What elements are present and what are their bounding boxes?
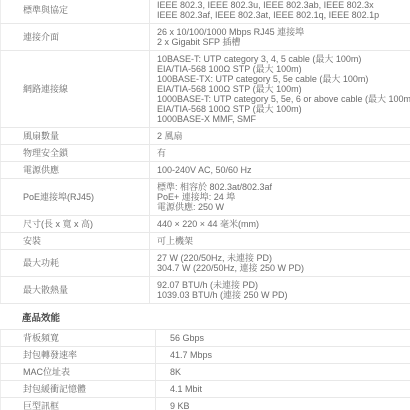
spec-row-value: 92.07 BTU/h (未連接 PD)1039.03 BTU/h (連接 25… xyxy=(150,277,410,304)
spec-row: PoE連接埠(RJ45)標準: 相容於 802.3at/802.3afPoE+ … xyxy=(1,179,410,216)
performance-section-title: 產品效能 xyxy=(22,313,410,324)
spec-row: 標準與協定IEEE 802.3, IEEE 802.3u, IEEE 802.3… xyxy=(1,0,410,24)
spec-value-line: 9 KB xyxy=(170,401,410,410)
performance-spec-table: 背板頻寬56 Gbps封包轉發速率41.7 MbpsMAC位址表8K封包緩衝記憶… xyxy=(0,329,410,410)
spec-value-line: 27 W (220/50Hz, 未連接 PD) xyxy=(157,253,410,263)
spec-row-label: 風扇數量 xyxy=(1,128,150,145)
spec-value-line: EIA/TIA-568 100Ω STP (最大 100m) xyxy=(157,104,410,114)
spec-value-line: 100-240V AC, 50/60 Hz xyxy=(157,165,410,175)
spec-value-line: 56 Gbps xyxy=(170,333,410,343)
spec-row-label: 封包轉發速率 xyxy=(1,347,156,364)
spec-row-label: MAC位址表 xyxy=(1,364,156,381)
spec-row-value: 56 Gbps xyxy=(156,330,410,347)
spec-row-value: 可上機架 xyxy=(150,233,410,250)
spec-row-value: 9 KB xyxy=(156,398,410,410)
product-spec-page: 標準與協定IEEE 802.3, IEEE 802.3u, IEEE 802.3… xyxy=(0,0,410,410)
spec-value-line: 2 x Gigabit SFP 插槽 xyxy=(157,37,410,47)
spec-row-value: 27 W (220/50Hz, 未連接 PD)304.7 W (220/50Hz… xyxy=(150,250,410,277)
spec-value-line: 1000BASE-T: UTP category 5, 5e, 6 or abo… xyxy=(157,94,410,104)
hardware-spec-table: 標準與協定IEEE 802.3, IEEE 802.3u, IEEE 802.3… xyxy=(0,0,410,304)
spec-value-line: 4.1 Mbit xyxy=(170,384,410,394)
spec-row: 封包轉發速率41.7 Mbps xyxy=(1,347,410,364)
spec-value-line: 電源供應: 250 W xyxy=(157,202,410,212)
spec-row-value: 2 風扇 xyxy=(150,128,410,145)
spec-row: 尺寸(長 x 寬 x 高)440 × 220 × 44 毫米(mm) xyxy=(1,216,410,233)
spec-value-line: 100BASE-TX: UTP category 5, 5e cable (最大… xyxy=(157,74,410,84)
spec-value-line: 304.7 W (220/50Hz, 連接 250 W PD) xyxy=(157,263,410,273)
spec-row: 電源供應100-240V AC, 50/60 Hz xyxy=(1,162,410,179)
spec-value-line: 有 xyxy=(157,148,410,158)
spec-value-line: 8K xyxy=(170,367,410,377)
spec-row-value: 8K xyxy=(156,364,410,381)
spec-row-label: 安裝 xyxy=(1,233,150,250)
spec-row-label: PoE連接埠(RJ45) xyxy=(1,179,150,216)
spec-value-line: 92.07 BTU/h (未連接 PD) xyxy=(157,280,410,290)
spec-row-value: 4.1 Mbit xyxy=(156,381,410,398)
spec-value-line: PoE+ 連接埠: 24 埠 xyxy=(157,192,410,202)
spec-value-line: 26 x 10/100/1000 Mbps RJ45 連接埠 xyxy=(157,27,410,37)
spec-row-value: 標準: 相容於 802.3at/802.3afPoE+ 連接埠: 24 埠電源供… xyxy=(150,179,410,216)
spec-row-label: 連接介面 xyxy=(1,24,150,51)
spec-value-line: 標準: 相容於 802.3at/802.3af xyxy=(157,182,410,192)
spec-row-label: 標準與協定 xyxy=(1,0,150,24)
spec-row-label: 電源供應 xyxy=(1,162,150,179)
spec-row: 風扇數量2 風扇 xyxy=(1,128,410,145)
spec-row-value: 440 × 220 × 44 毫米(mm) xyxy=(150,216,410,233)
spec-row: 物理安全鎖有 xyxy=(1,145,410,162)
spec-row-label: 網路連接線 xyxy=(1,51,150,128)
spec-row: 最大功耗27 W (220/50Hz, 未連接 PD)304.7 W (220/… xyxy=(1,250,410,277)
spec-row-value: 10BASE-T: UTP category 3, 4, 5 cable (最大… xyxy=(150,51,410,128)
spec-row: 安裝可上機架 xyxy=(1,233,410,250)
spec-row-value: 有 xyxy=(150,145,410,162)
spec-row-label: 最大散熱量 xyxy=(1,277,150,304)
spec-value-line: 1000BASE-X MMF, SMF xyxy=(157,114,410,124)
spec-row: 網路連接線10BASE-T: UTP category 3, 4, 5 cabl… xyxy=(1,51,410,128)
spec-value-line: 1039.03 BTU/h (連接 250 W PD) xyxy=(157,290,410,300)
spec-row-label: 最大功耗 xyxy=(1,250,150,277)
spec-row-value: 100-240V AC, 50/60 Hz xyxy=(150,162,410,179)
spec-row-value: 41.7 Mbps xyxy=(156,347,410,364)
spec-value-line: EIA/TIA-568 100Ω STP (最大 100m) xyxy=(157,64,410,74)
spec-row-label: 物理安全鎖 xyxy=(1,145,150,162)
spec-row: 最大散熱量92.07 BTU/h (未連接 PD)1039.03 BTU/h (… xyxy=(1,277,410,304)
spec-row-value: IEEE 802.3, IEEE 802.3u, IEEE 802.3ab, I… xyxy=(150,0,410,24)
spec-value-line: 41.7 Mbps xyxy=(170,350,410,360)
spec-row-label: 尺寸(長 x 寬 x 高) xyxy=(1,216,150,233)
spec-value-line: IEEE 802.3af, IEEE 802.3at, IEEE 802.1q,… xyxy=(157,10,410,20)
spec-row: MAC位址表8K xyxy=(1,364,410,381)
spec-row: 背板頻寬56 Gbps xyxy=(1,330,410,347)
spec-row-label: 巨型訊框 xyxy=(1,398,156,410)
spec-value-line: 440 × 220 × 44 毫米(mm) xyxy=(157,219,410,229)
spec-row-label: 封包緩衝記憶體 xyxy=(1,381,156,398)
spec-row: 封包緩衝記憶體4.1 Mbit xyxy=(1,381,410,398)
spec-value-line: 可上機架 xyxy=(157,236,410,246)
spec-value-line: EIA/TIA-568 100Ω STP (最大 100m) xyxy=(157,84,410,94)
spec-row-label: 背板頻寬 xyxy=(1,330,156,347)
spec-value-line: 2 風扇 xyxy=(157,131,410,141)
spec-row: 連接介面26 x 10/100/1000 Mbps RJ45 連接埠2 x Gi… xyxy=(1,24,410,51)
spec-value-line: IEEE 802.3, IEEE 802.3u, IEEE 802.3ab, I… xyxy=(157,0,410,10)
spec-row-value: 26 x 10/100/1000 Mbps RJ45 連接埠2 x Gigabi… xyxy=(150,24,410,51)
spec-row: 巨型訊框9 KB xyxy=(1,398,410,410)
spec-value-line: 10BASE-T: UTP category 3, 4, 5 cable (最大… xyxy=(157,54,410,64)
